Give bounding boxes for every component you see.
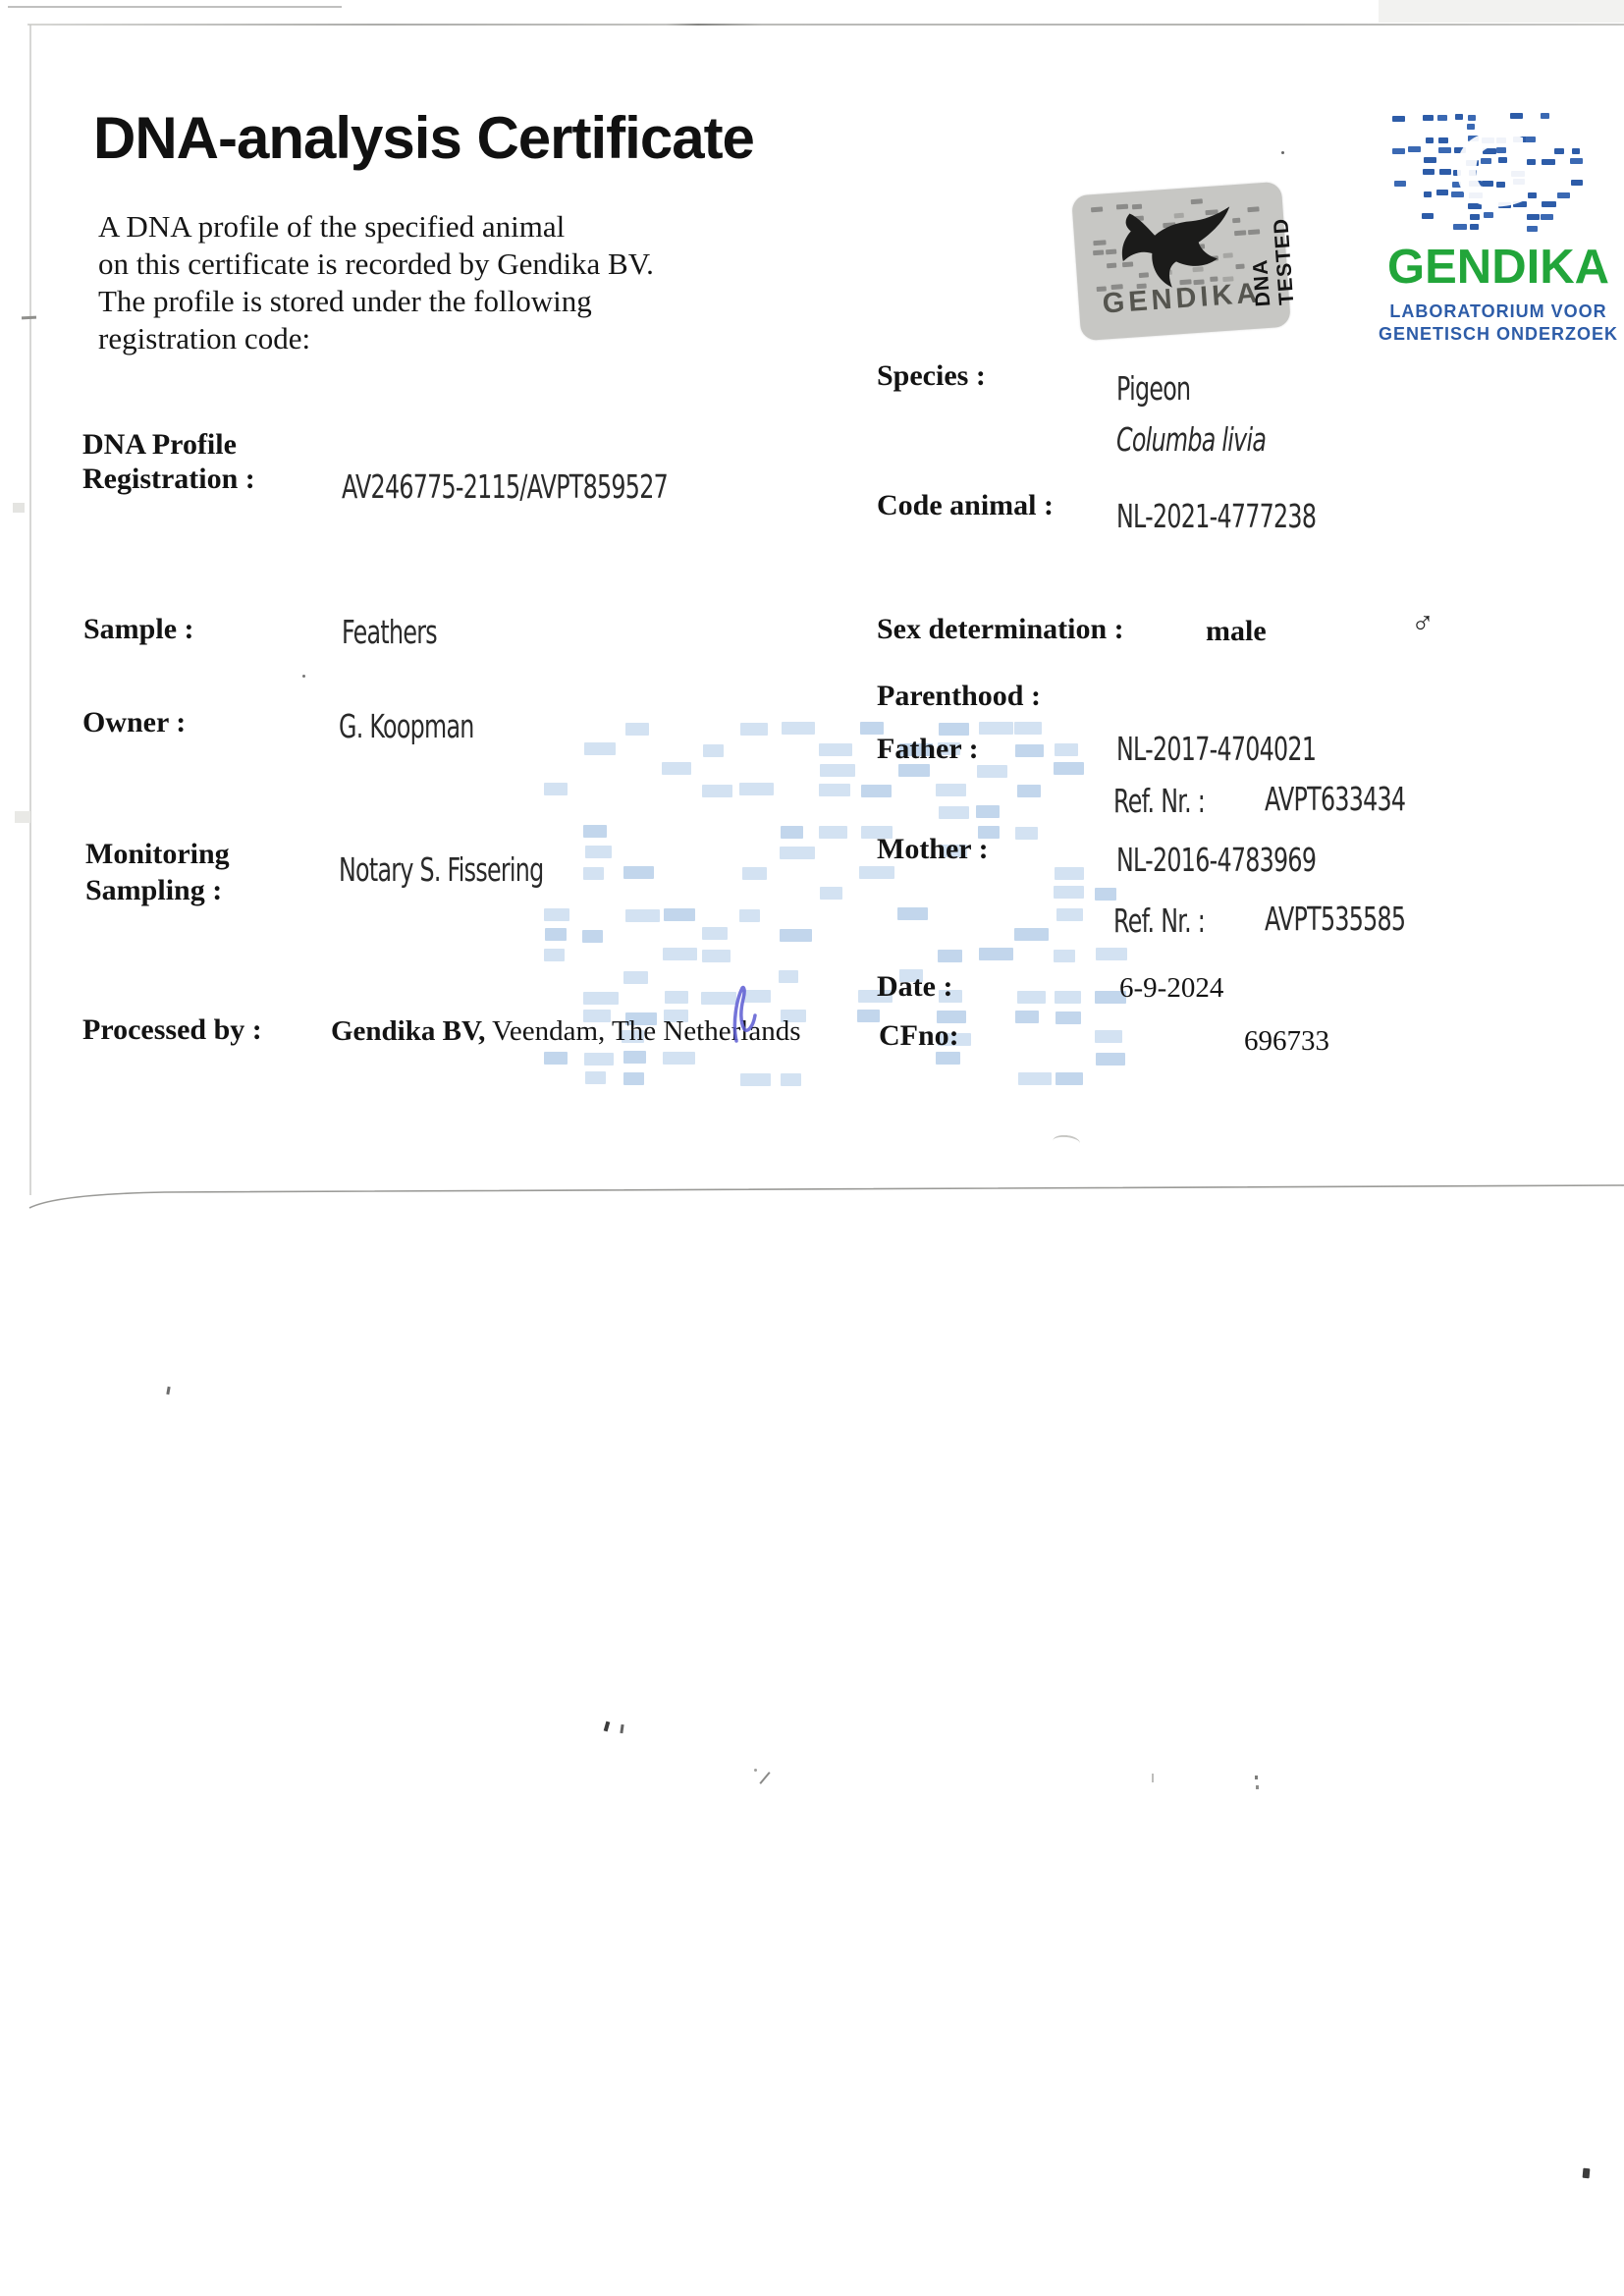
male-symbol-icon: ♂ <box>1411 605 1435 641</box>
page-title: DNA-analysis Certificate <box>93 104 754 172</box>
scan-edge-line-left <box>29 25 31 1195</box>
mother-label: Mother : <box>877 833 989 866</box>
species-value: Pigeon <box>1116 369 1190 408</box>
father-ref-value: AVPT633434 <box>1265 780 1405 818</box>
intro-line: registration code: <box>98 320 654 357</box>
monitoring-label-line2: Sampling : <box>85 874 222 907</box>
monitoring-value: Notary S. Fissering <box>339 850 544 889</box>
logo-subtitle: LABORATORIUM VOOR GENETISCH ONDERZOEK <box>1375 301 1622 346</box>
mother-value: NL-2016-4783969 <box>1116 841 1316 879</box>
father-label: Father : <box>877 733 979 766</box>
scan-edge-line-top <box>27 24 1624 26</box>
mother-ref-label: Ref. Nr. : <box>1113 902 1205 940</box>
sample-label: Sample : <box>83 613 194 646</box>
scan-speck <box>754 1769 757 1772</box>
monitoring-label-line1: Monitoring <box>85 838 230 871</box>
scan-speck <box>302 675 305 678</box>
scan-edge-line-bottom <box>18 1176 1624 1220</box>
logo-letter-g: G <box>1375 118 1610 226</box>
processed-by-label: Processed by : <box>82 1013 262 1047</box>
logo-subtitle-line2: GENETISCH ONDERZOEK <box>1375 323 1622 346</box>
intro-line: The profile is stored under the followin… <box>98 283 654 320</box>
sex-value: male <box>1206 615 1267 648</box>
scan-speck <box>759 1772 770 1784</box>
scan-speck <box>22 316 36 320</box>
scan-edge-line-short <box>8 6 342 8</box>
scan-speck <box>1583 2168 1591 2179</box>
registration-value: AV246775-2115/AVPT859527 <box>342 467 668 506</box>
scan-speck <box>604 1722 611 1732</box>
registration-label-line2: Registration : <box>82 463 255 496</box>
scan-speck <box>1256 1785 1259 1789</box>
certificate-scan-page: DNA-analysis Certificate A DNA profile o… <box>0 0 1624 2296</box>
intro-line: on this certificate is recorded by Gendi… <box>98 246 654 283</box>
father-value: NL-2017-4704021 <box>1116 730 1316 768</box>
scan-speck <box>1255 1776 1258 1779</box>
code-animal-label: Code animal : <box>877 489 1054 522</box>
owner-value: G. Koopman <box>339 707 474 745</box>
date-label: Date : <box>877 970 952 1004</box>
processed-by-company: Gendika BV, <box>331 1015 485 1047</box>
sample-value: Feathers <box>342 613 437 651</box>
scan-speck <box>620 1724 623 1733</box>
cfno-label: CFno: <box>879 1019 959 1053</box>
date-value: 6-9-2024 <box>1119 972 1223 1005</box>
owner-label: Owner : <box>82 706 186 739</box>
stamp-dna-tested-text: DNA TESTED <box>1244 189 1299 307</box>
dna-tested-stamp: GENDIKA DNA TESTED <box>1071 182 1291 342</box>
father-ref-label: Ref. Nr. : <box>1113 782 1205 820</box>
scan-arc-mark <box>1052 1134 1080 1151</box>
logo-brand-text: GENDIKA <box>1375 240 1622 295</box>
parenthood-label: Parenthood : <box>877 680 1041 713</box>
cfno-value: 696733 <box>1244 1025 1329 1058</box>
species-label: Species : <box>877 359 986 393</box>
scan-corner-shade <box>1379 0 1624 23</box>
sex-determination-label: Sex determination : <box>877 613 1124 646</box>
mother-ref-value: AVPT535585 <box>1265 900 1405 938</box>
scan-smudge <box>15 811 30 823</box>
intro-paragraph: A DNA profile of the specified animal on… <box>98 208 654 357</box>
registration-label-line1: DNA Profile <box>82 428 237 462</box>
gendika-logo: G GENDIKA LABORATORIUM VOOR GENETISCH ON… <box>1375 110 1622 346</box>
scan-speck <box>1152 1774 1154 1782</box>
scan-speck <box>166 1387 170 1394</box>
code-animal-value: NL-2021-4777238 <box>1116 497 1316 535</box>
species-latin-name: Columba livia <box>1116 420 1266 459</box>
scan-speck <box>1281 151 1284 154</box>
logo-subtitle-line1: LABORATORIUM VOOR <box>1375 301 1622 323</box>
pen-check-mark <box>729 984 764 1047</box>
intro-line: A DNA profile of the specified animal <box>98 208 654 246</box>
scan-smudge <box>13 503 25 513</box>
